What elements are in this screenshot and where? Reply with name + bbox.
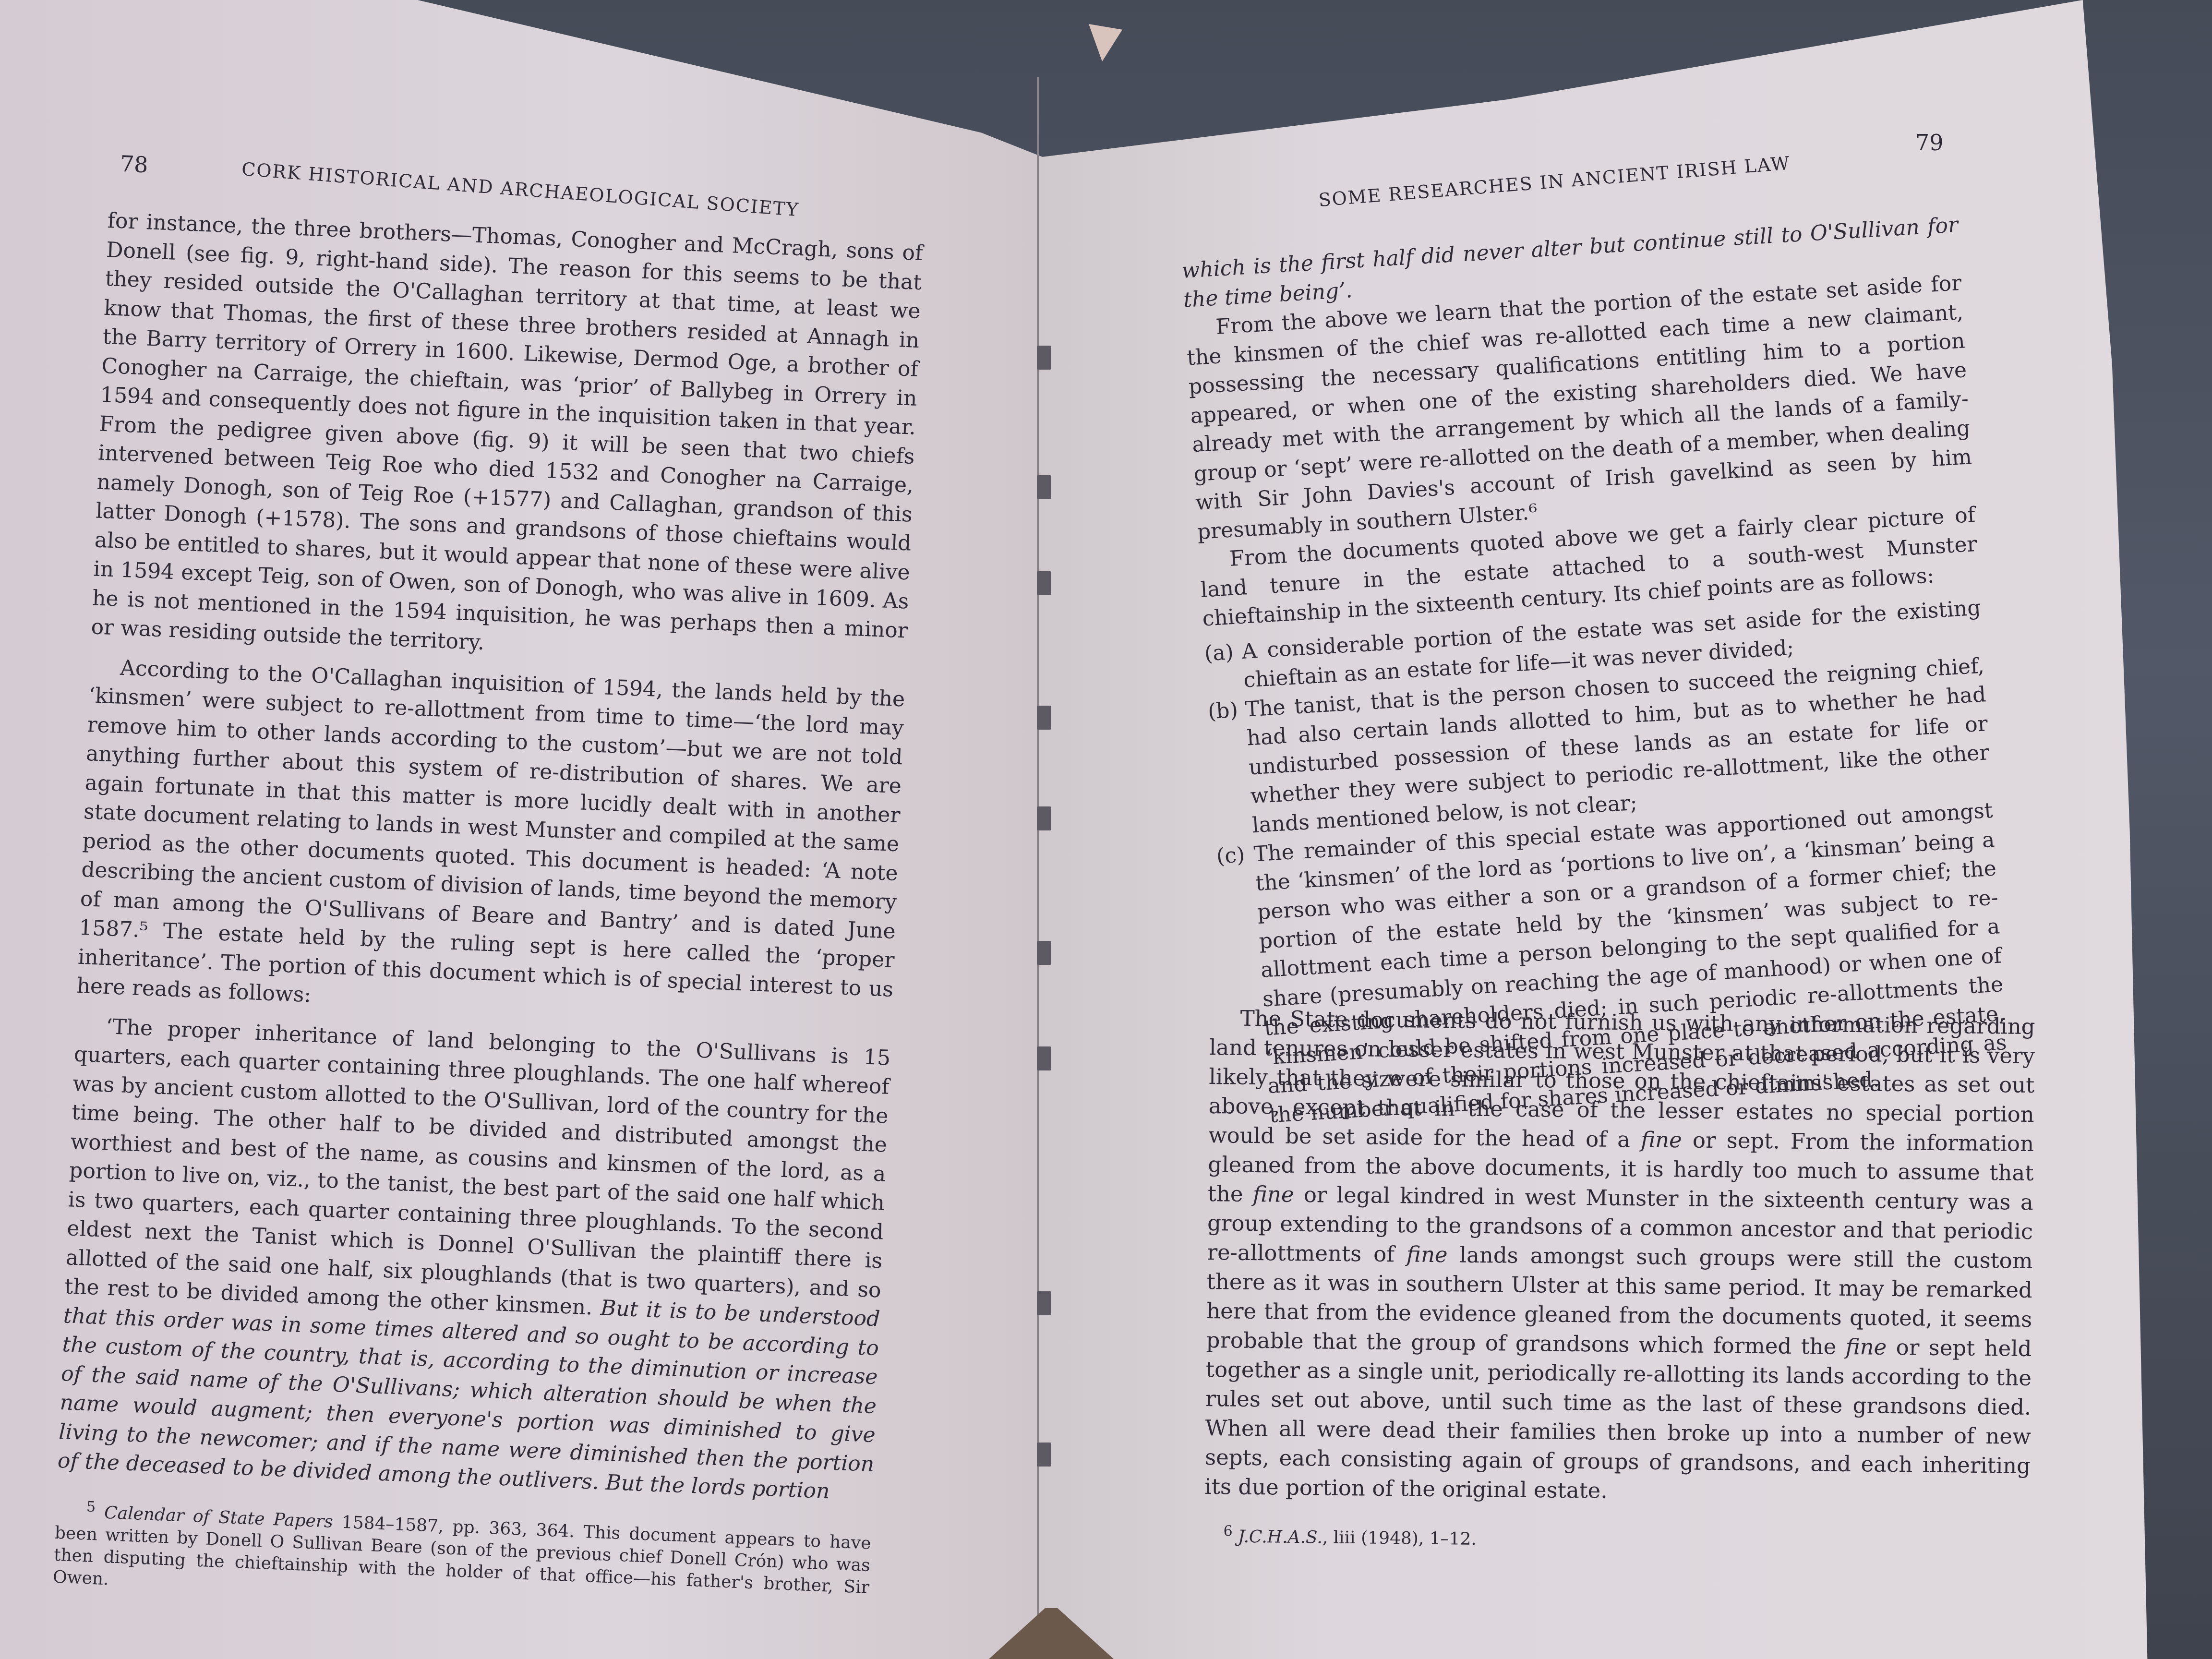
binding-stitch	[1037, 1443, 1051, 1467]
italic-term: fine	[1845, 1334, 1887, 1360]
italic-term: fine	[1253, 1181, 1294, 1207]
binding-stitch	[1037, 806, 1051, 830]
left-page-number: 78	[120, 151, 149, 178]
right-page-body-top: which is the first half did never alter …	[1181, 211, 2009, 1132]
paragraph: From the above we learn that the portion…	[1184, 269, 1974, 547]
book-gutter	[1037, 77, 1039, 1659]
quote-roman-text: ‘The proper inheritance of land belongin…	[64, 1014, 891, 1320]
list-marker: (a)	[1203, 638, 1236, 697]
italic-term: fine	[1641, 1127, 1682, 1153]
right-page-body-bottom: The State documents do not furnish us wi…	[1204, 1003, 2035, 1556]
left-page-body: for instance, the three brothers—Thomas,…	[52, 206, 923, 1621]
paragraph: for instance, the three brothers—Thomas,…	[91, 206, 924, 674]
binding-stitch	[1037, 475, 1051, 499]
binding-stitch	[1037, 941, 1051, 965]
text-run: or sept held together as a single unit, …	[1204, 1334, 2032, 1503]
quote-italic-text: But it is to be understood that this ord…	[57, 1296, 880, 1503]
italic-term: fine	[1407, 1241, 1448, 1267]
binding-stitch	[1037, 706, 1051, 730]
footnote-text: , liii (1948), 1–12.	[1322, 1528, 1477, 1549]
footnote-marker: 5	[86, 1498, 96, 1515]
binding-stitch	[1037, 346, 1051, 370]
footnote-citation: J.C.H.A.S.	[1238, 1527, 1322, 1548]
binding-stitch	[1037, 1291, 1051, 1315]
paragraph: According to the O'Callaghan inquisition…	[76, 652, 906, 1034]
footnote-marker: 6	[1223, 1523, 1232, 1539]
block-quote: ‘The proper inheritance of land belongin…	[57, 1011, 891, 1508]
binding-stitch	[1037, 1046, 1051, 1070]
right-page-number: 79	[1915, 130, 1944, 156]
binding-stitch	[1037, 571, 1051, 595]
closing-paragraph: The State documents do not furnish us wi…	[1204, 1003, 2035, 1510]
